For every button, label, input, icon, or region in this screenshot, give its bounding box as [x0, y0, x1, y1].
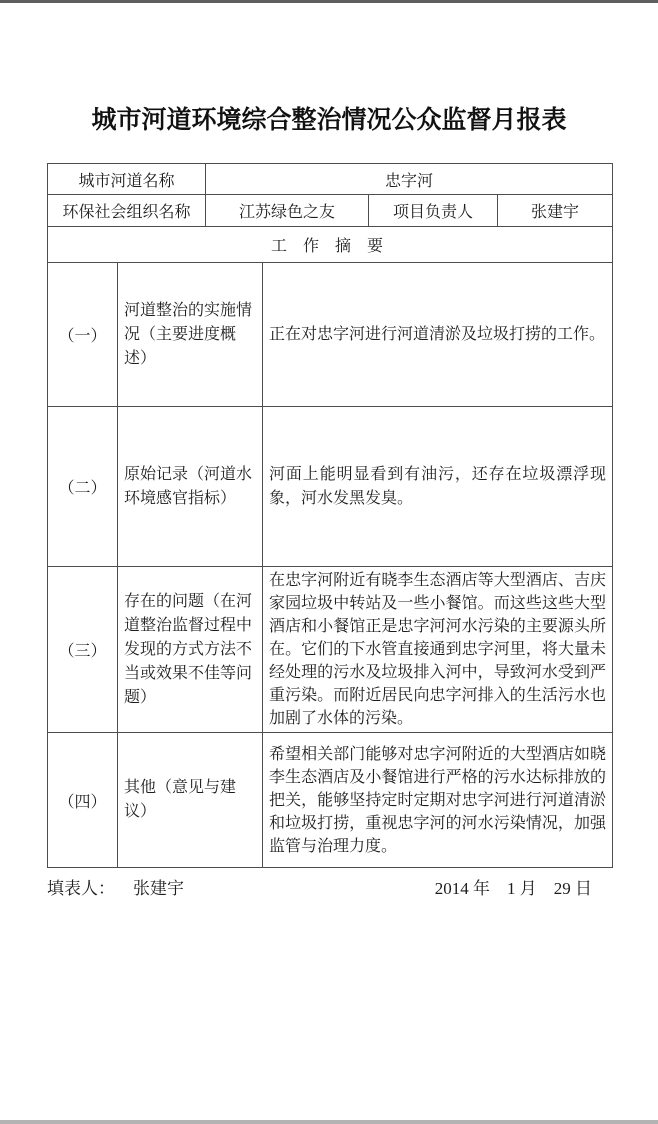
table-row: 环保社会组织名称 江苏绿色之友 项目负责人 张建宇 [48, 195, 613, 227]
filler-label: 填表人： [47, 874, 115, 899]
org-name-label: 环保社会组织名称 [48, 195, 206, 227]
report-date: 2014 年 1 月 29 日 [435, 874, 592, 899]
footer: 填表人： 张建宇 2014 年 1 月 29 日 [47, 874, 612, 899]
section-number: （一） [48, 263, 118, 407]
section-content: 在忠字河附近有晓李生态酒店等大型酒店、吉庆家园垃圾中转站及一些小餐馆。而这些这些… [263, 567, 613, 733]
section-number: （四） [48, 733, 118, 868]
top-edge-bar [0, 0, 658, 3]
table-row: 城市河道名称 忠字河 [48, 164, 613, 195]
section-label: 存在的问题（在河道整治监督过程中发现的方式方法不当或效果不佳等问题） [118, 567, 263, 733]
page-title: 城市河道环境综合整治情况公众监督月报表 [0, 100, 658, 136]
section-label: 原始记录（河道水环境感官指标） [118, 407, 263, 567]
section-label: 河道整治的实施情况（主要进度概述） [118, 263, 263, 407]
leader-label: 项目负责人 [369, 195, 498, 227]
table-row: （二） 原始记录（河道水环境感官指标） 河面上能明显看到有油污，还存在垃圾漂浮现… [48, 407, 613, 567]
section-number: （二） [48, 407, 118, 567]
section-number: （三） [48, 567, 118, 733]
bottom-edge-bar [0, 1120, 658, 1124]
table-row: （三） 存在的问题（在河道整治监督过程中发现的方式方法不当或效果不佳等问题） 在… [48, 567, 613, 733]
org-name-value: 江苏绿色之友 [206, 195, 369, 227]
river-name-value: 忠字河 [206, 164, 613, 195]
filler-name: 张建宇 [133, 874, 184, 899]
section-content: 希望相关部门能够对忠字河附近的大型酒店如晓李生态酒店及小餐馆进行严格的污水达标排… [263, 733, 613, 868]
river-name-label: 城市河道名称 [48, 164, 206, 195]
table-row: （四） 其他（意见与建议） 希望相关部门能够对忠字河附近的大型酒店如晓李生态酒店… [48, 733, 613, 868]
table-row: （一） 河道整治的实施情况（主要进度概述） 正在对忠字河进行河道清淤及垃圾打捞的… [48, 263, 613, 407]
footer-filler: 填表人： 张建宇 [47, 874, 184, 899]
section-label: 其他（意见与建议） [118, 733, 263, 868]
leader-value: 张建宇 [498, 195, 613, 227]
table-row: 工 作 摘 要 [48, 227, 613, 263]
report-table: 城市河道名称 忠字河 环保社会组织名称 江苏绿色之友 项目负责人 张建宇 工 作… [47, 163, 613, 868]
section-content: 河面上能明显看到有油污，还存在垃圾漂浮现象，河水发黑发臭。 [263, 407, 613, 567]
summary-header: 工 作 摘 要 [48, 227, 613, 263]
section-content: 正在对忠字河进行河道清淤及垃圾打捞的工作。 [263, 263, 613, 407]
